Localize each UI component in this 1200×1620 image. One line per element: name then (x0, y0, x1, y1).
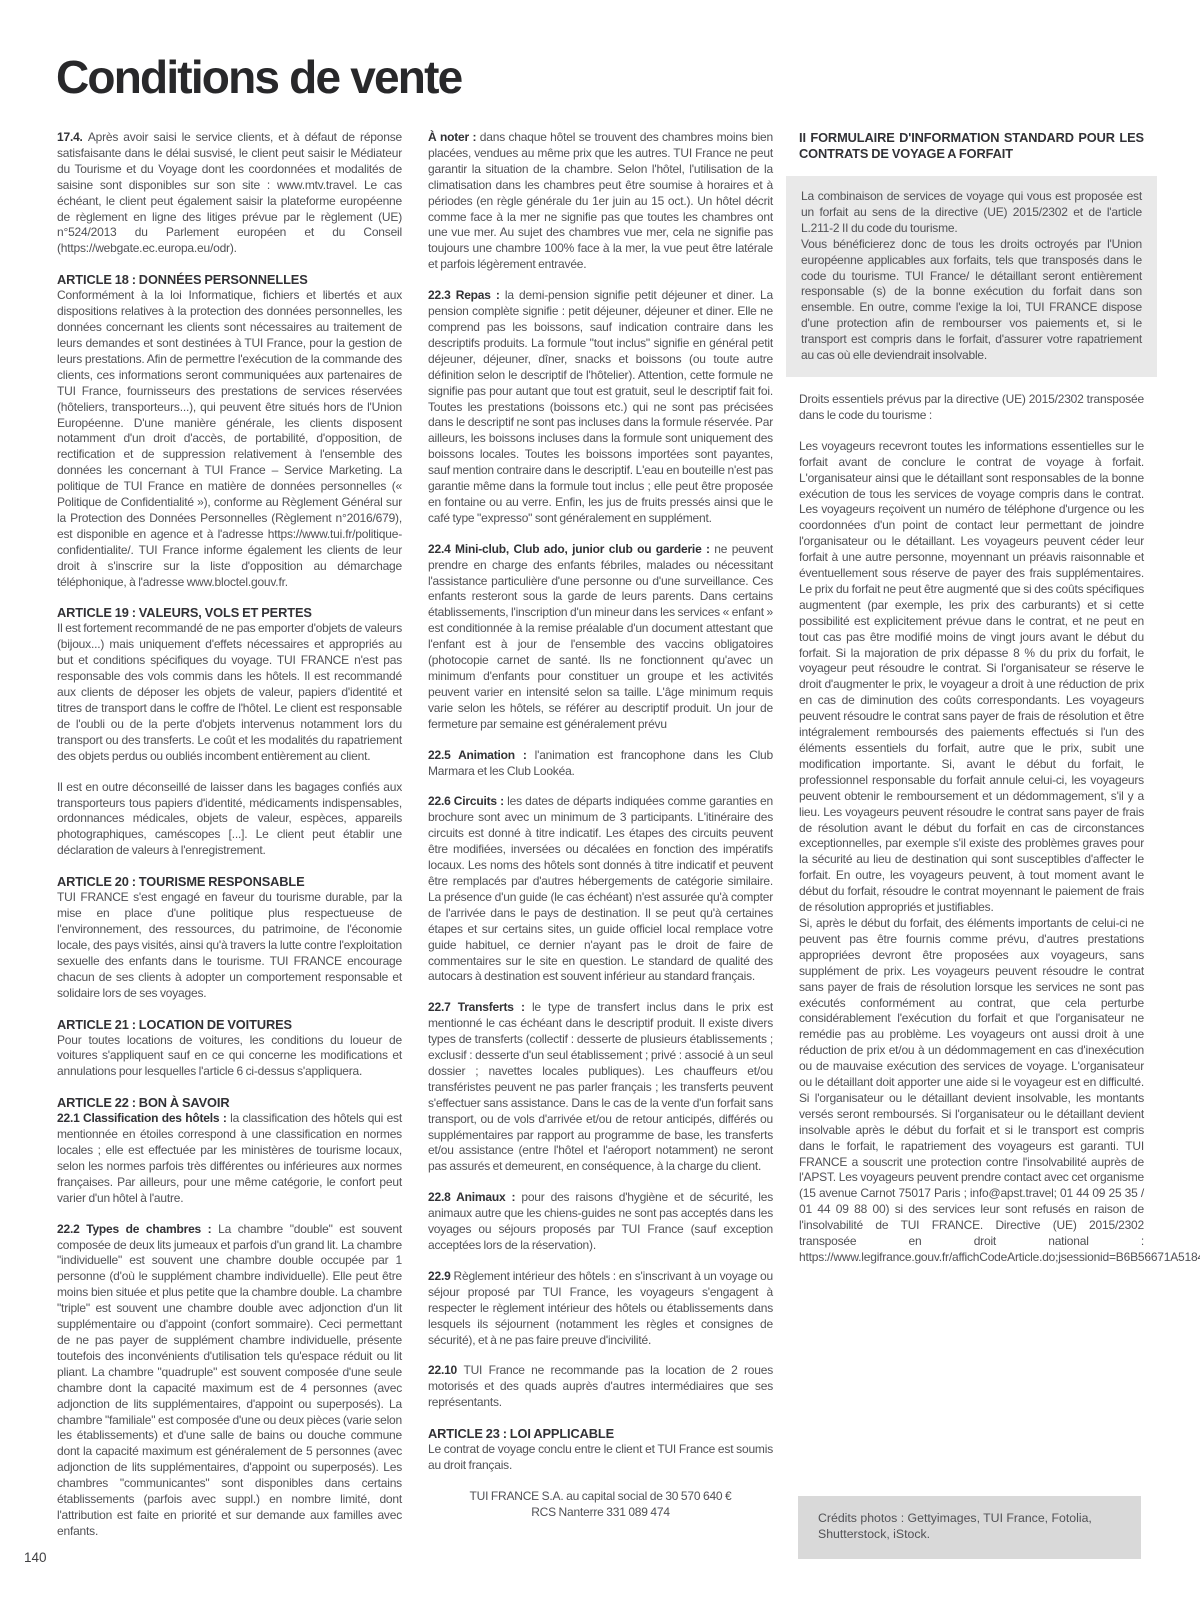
paragraph-lead: 22.2 Types de chambres : (57, 1222, 218, 1236)
article-heading: ARTICLE 18 : DONNÉES PERSONNELLES (57, 272, 402, 288)
credits-box: Crédits photos : Gettyimages, TUI France… (798, 1496, 1141, 1559)
columns: 17.4. Après avoir saisi le service clien… (57, 130, 1144, 1540)
column-2: À noter : dans chaque hôtel se trouvent … (428, 130, 773, 1521)
page-number: 140 (24, 1550, 47, 1565)
paragraph: Il est en outre déconseillé de laisser d… (57, 780, 402, 860)
column-1: 17.4. Après avoir saisi le service clien… (57, 130, 402, 1540)
paragraph: 22.7 Transferts : le type de transfert i… (428, 1000, 773, 1175)
paragraph-lead: 22.4 Mini-club, Club ado, junior club ou… (428, 542, 714, 556)
company-legal-lines: TUI FRANCE S.A. au capital social de 30 … (428, 1489, 773, 1521)
info-box-paragraph: La combinaison de services de voyage qui… (801, 189, 1142, 237)
paragraph-lead: 22.7 Transferts : (428, 1000, 532, 1014)
paragraph: Si, après le début du forfait, des éléme… (799, 916, 1144, 1266)
paragraph-lead: 22.9 (428, 1269, 454, 1283)
paragraph: 22.8 Animaux : pour des raisons d'hygièn… (428, 1190, 773, 1254)
paragraph: 22.10 TUI France ne recommande pas la lo… (428, 1363, 773, 1411)
paragraph-lead: 22.1 Classification des hôtels : (57, 1111, 230, 1125)
paragraph: 22.4 Mini-club, Club ado, junior club ou… (428, 542, 773, 733)
info-box-paragraph: Vous bénéficierez donc de tous les droit… (801, 237, 1142, 364)
article-heading: II FORMULAIRE D'INFORMATION STANDARD POU… (799, 130, 1144, 162)
article-heading: ARTICLE 19 : VALEURS, VOLS ET PERTES (57, 605, 402, 621)
paragraph: 22.1 Classification des hôtels : la clas… (57, 1111, 402, 1206)
paragraph-lead: 22.8 Animaux : (428, 1190, 521, 1204)
article-heading: ARTICLE 23 : LOI APPLICABLE (428, 1426, 773, 1442)
paragraph-lead: 17.4. (57, 130, 88, 144)
credits-text: Crédits photos : Gettyimages, TUI France… (818, 1511, 1092, 1541)
paragraph: 17.4. Après avoir saisi le service clien… (57, 130, 402, 257)
article-heading: ARTICLE 21 : LOCATION DE VOITURES (57, 1017, 402, 1033)
article-heading: ARTICLE 22 : BON À SAVOIR (57, 1095, 402, 1111)
paragraph: Droits essentiels prévus par la directiv… (799, 392, 1144, 424)
paragraph: 22.6 Circuits : les dates de départs ind… (428, 794, 773, 985)
paragraph: Le contrat de voyage conclu entre le cli… (428, 1442, 773, 1474)
paragraph-lead: 22.3 Repas : (428, 288, 505, 302)
paragraph: TUI FRANCE s'est engagé en faveur du tou… (57, 890, 402, 1001)
paragraph-lead: À noter : (428, 130, 480, 144)
column-3: II FORMULAIRE D'INFORMATION STANDARD POU… (799, 130, 1144, 1266)
paragraph: 22.5 Animation : l'animation est francop… (428, 748, 773, 780)
paragraph-lead: 22.5 Animation : (428, 748, 535, 762)
paragraph: À noter : dans chaque hôtel se trouvent … (428, 130, 773, 273)
paragraph: 22.3 Repas : la demi-pension signifie pe… (428, 288, 773, 527)
paragraph: 22.9 Règlement intérieur des hôtels : en… (428, 1269, 773, 1349)
conditions-page: Conditions de vente 17.4. Après avoir sa… (0, 0, 1200, 1620)
page-title: Conditions de vente (56, 54, 461, 100)
paragraph-lead: 22.10 (428, 1363, 463, 1377)
paragraph-lead: 22.6 Circuits : (428, 794, 507, 808)
paragraph: Conformément à la loi Informatique, fich… (57, 288, 402, 590)
paragraph: 22.2 Types de chambres : La chambre "dou… (57, 1222, 402, 1540)
article-heading: ARTICLE 20 : TOURISME RESPONSABLE (57, 874, 402, 890)
paragraph: Il est fortement recommandé de ne pas em… (57, 621, 402, 764)
standard-info-box: La combinaison de services de voyage qui… (786, 176, 1157, 377)
paragraph: Pour toutes locations de voitures, les c… (57, 1033, 402, 1081)
paragraph: Les voyageurs recevront toutes les infor… (799, 439, 1144, 916)
